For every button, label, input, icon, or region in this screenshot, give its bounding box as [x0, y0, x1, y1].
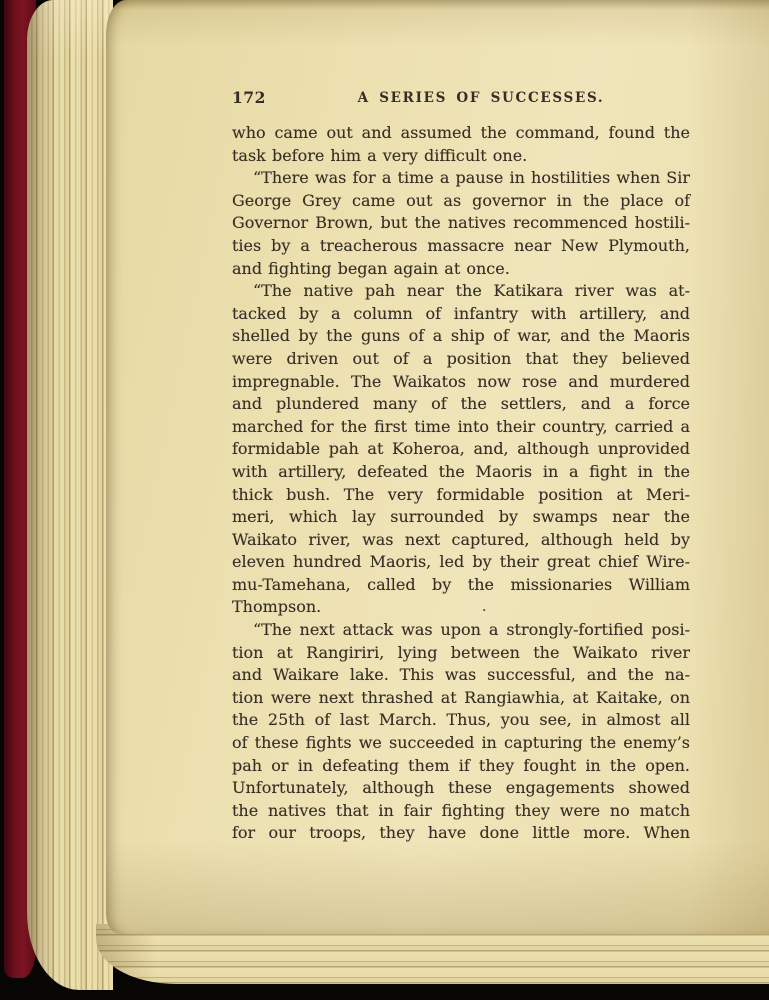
running-header: A SERIES OF SUCCESSES.	[272, 90, 690, 106]
text-line: formidable pah at Koheroa, and, although…	[232, 438, 690, 461]
text-line: “There was for a time a pause in hostili…	[232, 167, 690, 190]
text-line: tacked by a column of infantry with arti…	[232, 303, 690, 326]
page-number: 172	[232, 88, 266, 107]
book-scene: 172 A SERIES OF SUCCESSES. who came out …	[0, 0, 769, 1000]
text-line: pah or in defeating them if they fought …	[232, 755, 690, 778]
text-line: “The native pah near the Katikara river …	[232, 280, 690, 303]
text-line: the natives that in fair fighting they w…	[232, 800, 690, 823]
text-line: Unfortunately, although these engagement…	[232, 777, 690, 800]
text-line: Governor Brown, but the natives recommen…	[232, 212, 690, 235]
page-text-block: who came out and assumed the command, fo…	[232, 122, 690, 845]
text-line: shelled by the guns of a ship of war, an…	[232, 325, 690, 348]
text-line: eleven hundred Maoris, led by their grea…	[232, 551, 690, 574]
text-line: and plundered many of the settlers, and …	[232, 393, 690, 416]
text-line: with artillery, defeated the Maoris in a…	[232, 461, 690, 484]
page-header: 172 A SERIES OF SUCCESSES.	[232, 88, 690, 110]
text-line: Thompson.	[232, 596, 690, 619]
book-page: 172 A SERIES OF SUCCESSES. who came out …	[106, 0, 769, 934]
text-line: “The next attack was upon a strongly-for…	[232, 619, 690, 642]
text-line: marched for the first time into their co…	[232, 416, 690, 439]
text-line: and Waikare lake. This was successful, a…	[232, 664, 690, 687]
print-artifact-dot: ·	[482, 600, 486, 623]
text-line: impregnable. The Waikatos now rose and m…	[232, 371, 690, 394]
text-line: were driven out of a position that they …	[232, 348, 690, 371]
text-line: tion at Rangiriri, lying between the Wai…	[232, 642, 690, 665]
text-line: thick bush. The very formidable position…	[232, 484, 690, 507]
text-line: meri, which lay surrounded by swamps nea…	[232, 506, 690, 529]
page-edges-left	[27, 0, 113, 990]
text-line: tion were next thrashed at Rangiawhia, a…	[232, 687, 690, 710]
text-line: Waikato river, was next captured, althou…	[232, 529, 690, 552]
text-line: for our troops, they have done little mo…	[232, 822, 690, 845]
text-line: George Grey came out as governor in the …	[232, 190, 690, 213]
text-line: task before him a very difficult one.	[232, 145, 690, 168]
text-line: of these fights we succeeded in capturin…	[232, 732, 690, 755]
book-photo-background: { "page": { "number": "172", "running_he…	[0, 0, 769, 1000]
text-line: and fighting began again at once.	[232, 258, 690, 281]
text-line: ties by a treacherous massacre near New …	[232, 235, 690, 258]
text-line: mu-Tamehana, called by the missionaries …	[232, 574, 690, 597]
text-line: the 25th of last March. Thus, you see, i…	[232, 709, 690, 732]
text-line: who came out and assumed the command, fo…	[232, 122, 690, 145]
